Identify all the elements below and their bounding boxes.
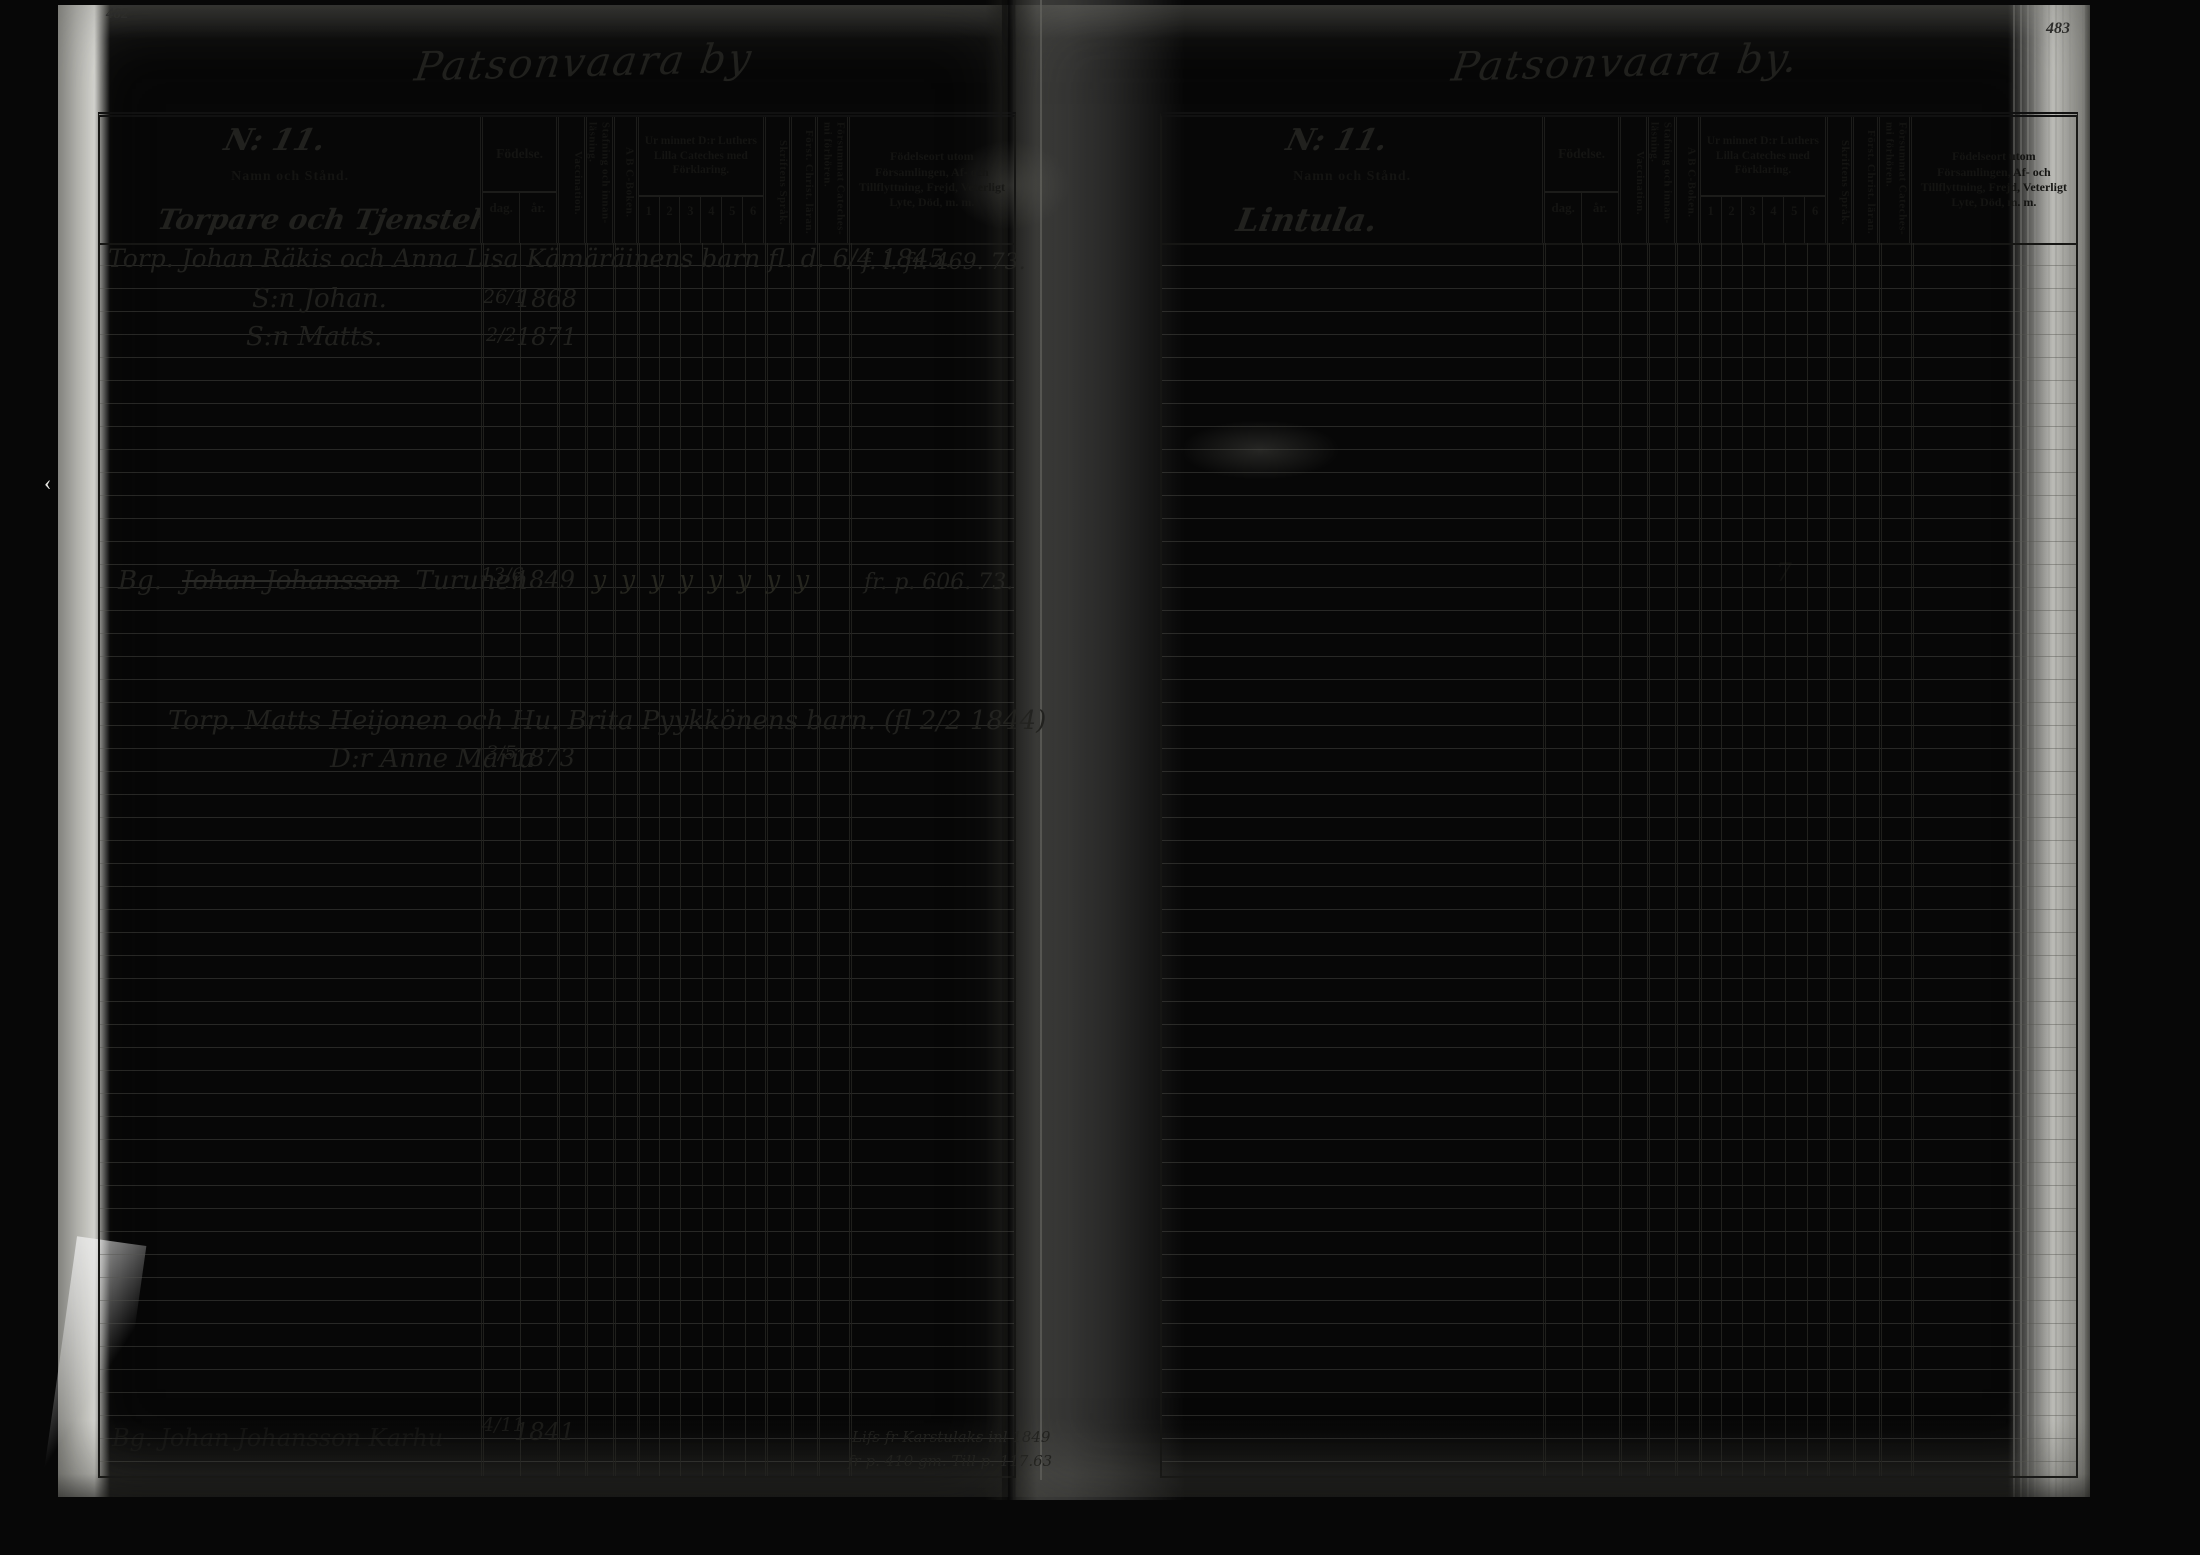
- right-cateches-2: 2: [1721, 197, 1742, 243]
- entry-family-rakis: Torp. Johan Räkis och Anna Lisa Kämäräin…: [108, 244, 952, 273]
- left-register-table: N: 11. Namn och Stånd. Torpare och Tjens…: [98, 112, 1016, 1478]
- left-cateches-4: 4: [700, 197, 721, 243]
- right-cateches-label: Ur minnet D:r Luthers Lilla Cateches med…: [1701, 117, 1825, 195]
- grid-line: [481, 243, 484, 1476]
- grid-line: [1619, 243, 1622, 1476]
- right-table-body: [1162, 243, 2076, 1476]
- left-fodelse-label: Födelse.: [483, 117, 556, 191]
- grid-line: [520, 243, 521, 1476]
- faint-mark: 7: [1776, 558, 1792, 587]
- right-col-cateches: Ur minnet D:r Luthers Lilla Cateches med…: [1698, 117, 1825, 243]
- left-col-abc-label: A B C-Boken.: [612, 117, 636, 243]
- grid-line: [1699, 243, 1702, 1476]
- right-fodelseort-label: Födelseort utom Församlingen, Af- och Ti…: [1912, 149, 2076, 210]
- entry-family-heijonen: Torp. Matts Heijonen och Hu. Brita Pyykk…: [168, 706, 1046, 736]
- grid-line: [585, 243, 588, 1476]
- grid-line: [1721, 243, 1722, 1476]
- grid-line: [1582, 243, 1583, 1476]
- left-fodelseort-label: Födelseort utom Församlingen, Af- och Ti…: [850, 149, 1014, 210]
- grid-line: [613, 243, 616, 1476]
- right-cateches-4: 4: [1762, 197, 1783, 243]
- right-col-forsummat-label: Försummat Cateches- mi förhören.: [1877, 117, 1909, 243]
- grid-line: [1647, 243, 1650, 1476]
- right-section-heading: Lintula.: [1234, 201, 1381, 239]
- entry-son-matts-day: 2/2: [486, 324, 517, 346]
- left-section-heading: Torpare och Tjenstehjon.: [155, 203, 480, 236]
- check-mark: y: [737, 565, 751, 594]
- grid-line: [817, 243, 820, 1476]
- right-col-fodelseort: Födelseort utom Församlingen, Af- och Ti…: [1909, 117, 2076, 243]
- left-table-body: [100, 243, 1014, 1476]
- left-cateches-1: 1: [639, 197, 659, 243]
- grid-line: [637, 243, 640, 1476]
- grid-line: [659, 243, 660, 1476]
- right-col-fodelse: Födelse. dag. år.: [1542, 117, 1618, 243]
- right-household-number: N: 11.: [1283, 123, 1392, 158]
- left-table-header: N: 11. Namn och Stånd. Torpare och Tjens…: [100, 117, 1014, 245]
- right-village-title: Patsonvaara by.: [1449, 35, 1803, 90]
- grid-line: [1853, 243, 1856, 1476]
- entry-turunen-prefix: Bg.: [118, 566, 162, 596]
- grid-line: [680, 243, 681, 1476]
- right-col-namn: N: 11. Namn och Stånd. Lintula.: [1162, 117, 1542, 243]
- left-col-vaccination-label: Vaccination.: [556, 117, 584, 243]
- right-cateches-3: 3: [1741, 197, 1762, 243]
- right-col-forst-label: Först. Christ. läran.: [1851, 117, 1877, 243]
- check-mark: y: [766, 565, 780, 594]
- entry-turunen-struck-name: Johan Johansson: [182, 566, 399, 596]
- check-mark: y: [621, 565, 635, 594]
- right-cateches-1: 1: [1701, 197, 1721, 243]
- left-col-forsummat-label: Försummat Cateches- mi förhören.: [815, 117, 847, 243]
- page-number-left: 482: [106, 6, 129, 23]
- grid-line: [1675, 243, 1678, 1476]
- entry-son-matts: S:n Matts.: [246, 322, 382, 352]
- grid-line: [1911, 243, 1914, 1476]
- entry-son-johan: S:n Johan.: [252, 284, 387, 314]
- entry-daughter-year: 1873: [514, 744, 575, 772]
- left-col-forst-label: Först. Christ. läran.: [789, 117, 815, 243]
- right-namn-label: Namn och Stånd.: [1162, 169, 1542, 185]
- grid-line: [1879, 243, 1882, 1476]
- margin-mark: ‹: [44, 470, 51, 496]
- bottom-note-line2: fr p. 410 gm. Till p. 117.63: [848, 1452, 1052, 1470]
- bottom-note-line1: Lifs fr Karstulaks inl 1849: [852, 1428, 1050, 1446]
- right-col-vaccination-label: Vaccination.: [1618, 117, 1646, 243]
- left-cateches-5: 5: [721, 197, 742, 243]
- entry-family-rakis-note: f. l. fr. 469. 73.: [862, 250, 1026, 275]
- grid-line: [557, 243, 560, 1476]
- entry-turunen-year: 1849: [514, 566, 575, 594]
- left-cateches-2: 2: [659, 197, 680, 243]
- right-col-stafning-label: Stafning och innan- läsning.: [1646, 117, 1674, 243]
- grid-line: [849, 243, 852, 1476]
- entry-son-johan-year: 1868: [516, 285, 577, 313]
- check-mark: y: [679, 565, 693, 594]
- grid-line: [723, 243, 724, 1476]
- check-mark: y: [650, 565, 664, 594]
- grid-line: [1785, 243, 1786, 1476]
- right-cateches-5: 5: [1783, 197, 1804, 243]
- left-col-fodelseort: Födelseort utom Församlingen, Af- och Ti…: [847, 117, 1014, 243]
- check-mark: y: [592, 565, 606, 594]
- left-cateches-label: Ur minnet D:r Luthers Lilla Cateches med…: [639, 117, 763, 195]
- book-scan: ‹ 482 483 Patsonvaara by N: 11. Namn och…: [0, 0, 2200, 1555]
- entry-faded-karhu: Bg. Johan Johansson Karhu: [112, 1424, 443, 1452]
- grid-line: [1764, 243, 1765, 1476]
- entry-turunen-note: fr. p. 606. 73.: [864, 570, 1013, 595]
- check-mark: y: [708, 565, 722, 594]
- grid-line: [1543, 243, 1546, 1476]
- left-village-title: Patsonvaara by: [412, 35, 756, 90]
- left-ar-label: år.: [519, 193, 556, 243]
- entry-daughter-day: 3/5: [486, 742, 517, 764]
- left-dag-label: dag.: [483, 193, 519, 243]
- grid-line: [1742, 243, 1743, 1476]
- right-col-skriftens-label: Skriftens Språk.: [1825, 117, 1851, 243]
- right-table-header: N: 11. Namn och Stånd. Lintula. Födelse.…: [1162, 117, 2076, 245]
- page-number-right: 483: [2046, 20, 2070, 38]
- grid-line: [745, 243, 746, 1476]
- left-col-fodelse: Födelse. dag. år.: [480, 117, 556, 243]
- entry-faded-year: 1841: [514, 1418, 575, 1446]
- grid-line: [765, 243, 768, 1476]
- check-mark: y: [795, 565, 809, 594]
- right-fodelse-label: Födelse.: [1545, 117, 1618, 191]
- left-household-number: N: 11.: [221, 123, 330, 158]
- grid-line: [1827, 243, 1830, 1476]
- left-cateches-6: 6: [742, 197, 763, 243]
- grid-line: [1807, 243, 1808, 1476]
- entry-son-matts-year: 1871: [516, 323, 577, 351]
- left-col-stafning-label: Stafning och innan- läsning.: [584, 117, 612, 243]
- left-col-namn: N: 11. Namn och Stånd. Torpare och Tjens…: [100, 117, 480, 243]
- grid-line: [791, 243, 794, 1476]
- right-dag-label: dag.: [1545, 193, 1581, 243]
- right-col-abc-label: A B C-Boken.: [1674, 117, 1698, 243]
- left-cateches-3: 3: [679, 197, 700, 243]
- left-col-cateches: Ur minnet D:r Luthers Lilla Cateches med…: [636, 117, 763, 243]
- grid-line: [702, 243, 703, 1476]
- right-register-table: N: 11. Namn och Stånd. Lintula. Födelse.…: [1160, 112, 2078, 1478]
- left-col-skriftens-label: Skriftens Språk.: [763, 117, 789, 243]
- left-namn-label: Namn och Stånd.: [100, 169, 480, 185]
- right-cateches-6: 6: [1804, 197, 1825, 243]
- entry-turunen: Bg. Johan Johansson Turunen: [118, 566, 528, 596]
- right-ar-label: år.: [1581, 193, 1618, 243]
